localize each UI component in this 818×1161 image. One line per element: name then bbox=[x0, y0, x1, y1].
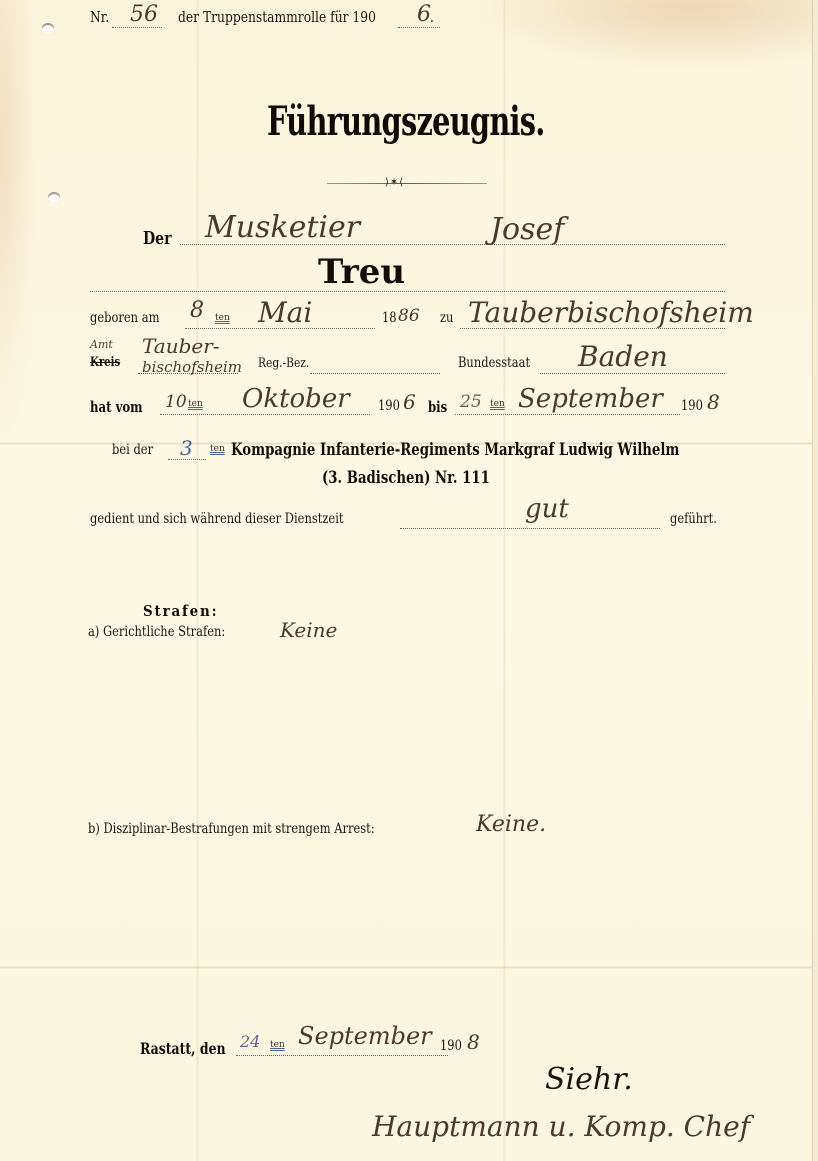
issue-day-suffix: ten bbox=[270, 1040, 285, 1050]
first-name-value: Josef bbox=[490, 212, 564, 247]
issue-date-line bbox=[236, 1055, 448, 1056]
company-suffix: ten bbox=[210, 444, 225, 454]
kreis-struck-label: Kreis bbox=[90, 355, 120, 370]
service-to-line bbox=[455, 414, 680, 415]
paper-right-edge bbox=[812, 0, 818, 1161]
fold-line-lower bbox=[0, 966, 812, 969]
penalties-heading: Strafen: bbox=[143, 602, 218, 620]
birth-year-suffix: 86 bbox=[398, 306, 420, 326]
service-to-suffix: ten bbox=[490, 399, 505, 409]
service-to-month: September bbox=[518, 384, 663, 414]
rank-value: Musketier bbox=[205, 210, 360, 245]
ornament-rule bbox=[327, 183, 487, 184]
service-from-line bbox=[160, 414, 370, 415]
issue-day: 24 bbox=[240, 1032, 260, 1051]
kreis-line bbox=[138, 373, 238, 374]
birth-place-label: zu bbox=[440, 310, 453, 326]
disciplinary-penalties-label: b) Disziplinar-Bestrafungen mit strengem… bbox=[88, 821, 375, 837]
born-label: geboren am bbox=[90, 310, 159, 326]
state-label: Bundesstaat bbox=[458, 355, 530, 371]
service-from-year-suffix: 6 bbox=[403, 390, 416, 414]
surname-line bbox=[90, 291, 725, 292]
disciplinary-penalties-value: Keine. bbox=[476, 812, 546, 837]
service-from-suffix: ten bbox=[188, 399, 203, 409]
state-value: Baden bbox=[578, 340, 668, 373]
document-paper bbox=[0, 0, 812, 1161]
unit-prefix: bei der bbox=[112, 442, 153, 458]
regbez-label: Reg.-Bez. bbox=[258, 356, 309, 371]
roll-label: der Truppenstammrolle für 190 bbox=[178, 8, 376, 26]
service-to-label: bis bbox=[428, 398, 447, 416]
issue-year-suffix: 8 bbox=[467, 1030, 480, 1054]
birth-month: Mai bbox=[258, 296, 312, 329]
signature-name: Siehr. bbox=[545, 1062, 633, 1097]
unit-line1: Kompagnie Infanterie-Regiments Markgraf … bbox=[231, 440, 679, 460]
issue-year-prefix: 190 bbox=[440, 1038, 462, 1054]
surname-value: Treu bbox=[318, 252, 405, 292]
roll-number-value: 56 bbox=[130, 2, 158, 27]
page-title: Führungszeugnis. bbox=[267, 98, 545, 145]
kreis-value-line1: Tauber- bbox=[142, 334, 220, 358]
regbez-line bbox=[310, 373, 440, 374]
service-from-month: Oktober bbox=[242, 384, 350, 414]
roll-year-suffix: 6 bbox=[417, 2, 431, 27]
roll-number-label: Nr. bbox=[90, 8, 109, 26]
punch-hole-bottom bbox=[48, 192, 60, 202]
issue-month: September bbox=[298, 1022, 432, 1050]
court-penalties-label: a) Gerichtliche Strafen: bbox=[88, 624, 225, 640]
conduct-value: gut bbox=[525, 494, 569, 524]
service-from-day: 10 bbox=[165, 392, 187, 412]
birth-day-suffix: ten bbox=[215, 313, 230, 323]
title-ornament: ⟩✶⟨ bbox=[327, 181, 487, 187]
conduct-line bbox=[400, 528, 660, 529]
conduct-suffix: geführt. bbox=[670, 511, 717, 527]
roll-period: . bbox=[430, 8, 434, 26]
der-label: Der bbox=[143, 228, 172, 249]
issue-place-label: Rastatt, den bbox=[140, 1039, 226, 1058]
fold-line-right bbox=[503, 0, 506, 1161]
unit-line2: (3. Badischen) Nr. 111 bbox=[322, 468, 490, 488]
birth-place-value: Tauberbischofsheim bbox=[468, 296, 754, 329]
ornament-star-icon: ⟩✶⟨ bbox=[385, 177, 404, 188]
roll-year-line bbox=[398, 27, 440, 28]
court-penalties-value: Keine bbox=[280, 618, 337, 642]
service-from-label: hat vom bbox=[90, 398, 143, 416]
service-to-day: 25 bbox=[460, 392, 482, 412]
signature-title: Hauptmann u. Komp. Chef bbox=[372, 1110, 750, 1143]
conduct-label: gedient und sich während dieser Dienstze… bbox=[90, 511, 344, 527]
service-from-year-prefix: 190 bbox=[378, 398, 400, 414]
state-line bbox=[540, 373, 725, 374]
roll-number-line bbox=[112, 27, 162, 28]
fold-line-left bbox=[196, 0, 199, 1161]
amt-handwritten: Amt bbox=[90, 338, 113, 351]
birth-day: 8 bbox=[190, 298, 204, 323]
birth-year-prefix: 18 bbox=[382, 310, 397, 326]
service-to-year-suffix: 8 bbox=[707, 390, 720, 414]
service-to-year-prefix: 190 bbox=[681, 398, 703, 414]
punch-hole-top bbox=[42, 23, 54, 33]
company-number: 3 bbox=[180, 436, 193, 460]
